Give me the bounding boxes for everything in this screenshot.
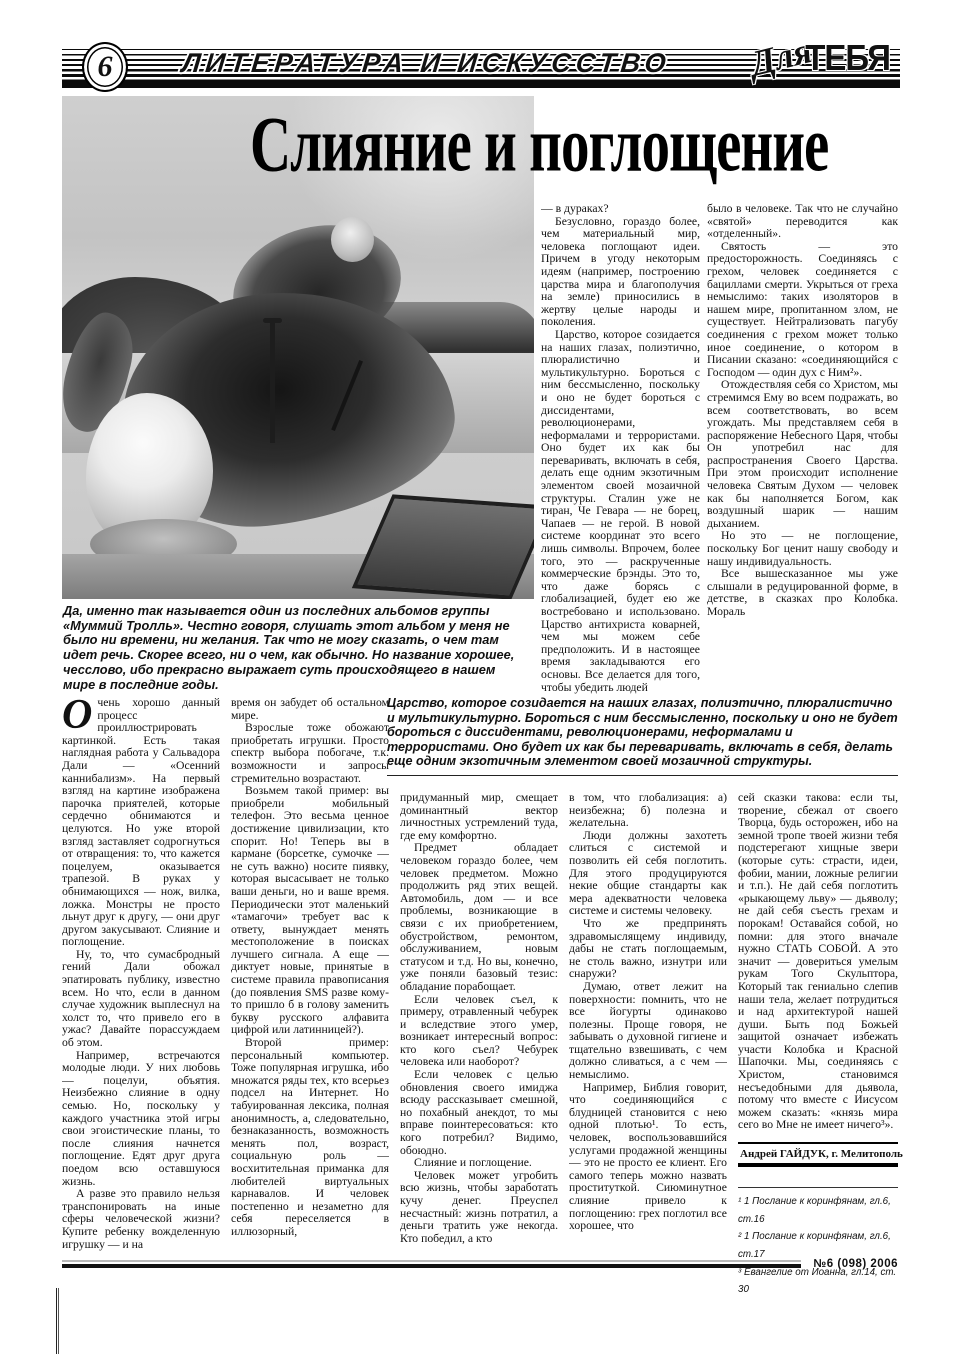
paragraph: Если человек съел, к примеру, отравленны… [400,994,558,1070]
column-text: было в человеке. Так что не случайно «св… [707,203,898,619]
paragraph: Но это — не поглощение, поскольку Бог це… [707,530,898,568]
page-number-badge: 6 [82,42,128,92]
paragraph: Второй пример: персональный компьютер. Т… [231,1037,389,1239]
paragraph: Люди должны захотеть слиться с системой … [569,830,727,918]
body-column-5: сей сказки такова: если ты, творение, сб… [738,792,898,1299]
body-column-top-right-2: было в человеке. Так что не случайно «св… [707,203,898,697]
paragraph: было в человеке. Так что не случайно «св… [707,203,898,241]
newspaper-logo: Для ТЕБЯ [750,36,890,78]
drop-cap: О [62,698,92,732]
painting-small-head [331,217,373,262]
paragraph: Например, встречаются молодые люди. У ни… [62,1050,220,1189]
paragraph: ¹ 1 Послание к коринфянам, гл.6, ст.16 [738,1193,898,1228]
paragraph: Безусловно, гораздо более, чем материаль… [541,216,700,329]
paragraph: Предмет обладает человеком гораздо более… [400,842,558,993]
footnotes: ¹ 1 Послание к коринфянам, гл.6, ст.16² … [738,1187,898,1299]
paragraph: Что же предпринять здравомыслящему индив… [569,918,727,981]
column-text: сей сказки такова: если ты, творение, сб… [738,792,898,1132]
body-column-top-right-1: — в дураках?Безусловно, гораздо более, ч… [541,203,700,697]
body-column-4: в том, что глобализация: а) неизбежна; б… [569,792,727,1250]
paragraph: Если человек с целью обновления своего и… [400,1069,558,1157]
footer-rule [62,1260,801,1268]
article-title: Слияние и поглощение [250,100,828,190]
paragraph: Слияние и поглощение. [400,1157,558,1170]
column-text: придуманный мир, смещает доминантный век… [400,792,558,1245]
footnote-list: ¹ 1 Послание к коринфянам, гл.6, ст.16² … [738,1193,898,1299]
column-text: время он забудет об остальном мире.Взрос… [231,697,389,1239]
column-text: чень хорошо данный процесс проиллюстриро… [62,697,220,1251]
section-title: ЛИТЕРАТУРА И ИСКУССТВО [180,48,672,79]
column-text: — в дураках?Безусловно, гораздо более, ч… [541,203,700,694]
painting-crutch [270,322,275,443]
paragraph: Царство, которое созидается на наших гла… [541,329,700,694]
author-signature: Андрей ГАЙДУК, г. Мелитополь [738,1142,898,1167]
pull-quote: Царство, которое созидается на наших гла… [387,696,898,776]
body-column-2: время он забудет об остальном мире.Взрос… [231,697,389,1253]
page-footer: №6 (098) 2006 [62,1258,898,1270]
paragraph: А разве это правило нельзя транспонирова… [62,1188,220,1251]
paragraph: в том, что глобализация: а) неизбежна; б… [569,792,727,830]
body-column-1: О чень хорошо данный процесс проиллюстри… [62,697,220,1253]
paragraph: чень хорошо данный процесс проиллюстриро… [62,697,220,949]
paragraph: — в дураках? [541,203,700,216]
column-text: в том, что глобализация: а) неизбежна; б… [569,792,727,1233]
logo-block-part: ТЕБЯ [805,37,890,79]
paragraph: Святость — это предосторожность. Соединя… [707,241,898,380]
paragraph: Отождествляя себя со Христом, мы стремим… [707,379,898,530]
paragraph: Человек может угробить всю жизнь, чтобы … [400,1170,558,1246]
paragraph: Ну, то, что сумасбродный гений Дали обож… [62,949,220,1050]
body-column-3: придуманный мир, смещает доминантный век… [400,792,558,1250]
painting-drawer [352,495,534,599]
paragraph: Все вышесказанное мы уже слышали в редуц… [707,568,898,618]
paragraph: Взрослые тоже обожают приобретать игрушк… [231,722,389,785]
paragraph: Например, Библия говорит, что соединяющи… [569,1082,727,1233]
paragraph: придуманный мир, смещает доминантный век… [400,792,558,842]
paragraph: Возьмем такой пример: вы приобрели мобил… [231,785,389,1037]
paragraph: время он забудет об остальном мире. [231,697,389,722]
paragraph: Думаю, ответ лежит на поверхности: помни… [569,981,727,1082]
page-number: 6 [98,50,113,84]
article-lead: Да, именно так называется один из послед… [63,604,530,692]
paragraph: сей сказки такова: если ты, творение, сб… [738,792,898,1132]
issue-number: №6 (098) 2006 [813,1258,898,1270]
registration-mark [56,1288,59,1354]
newspaper-page: 6 ЛИТЕРАТУРА И ИСКУССТВО Для ТЕБЯ Слияни… [0,0,960,1358]
